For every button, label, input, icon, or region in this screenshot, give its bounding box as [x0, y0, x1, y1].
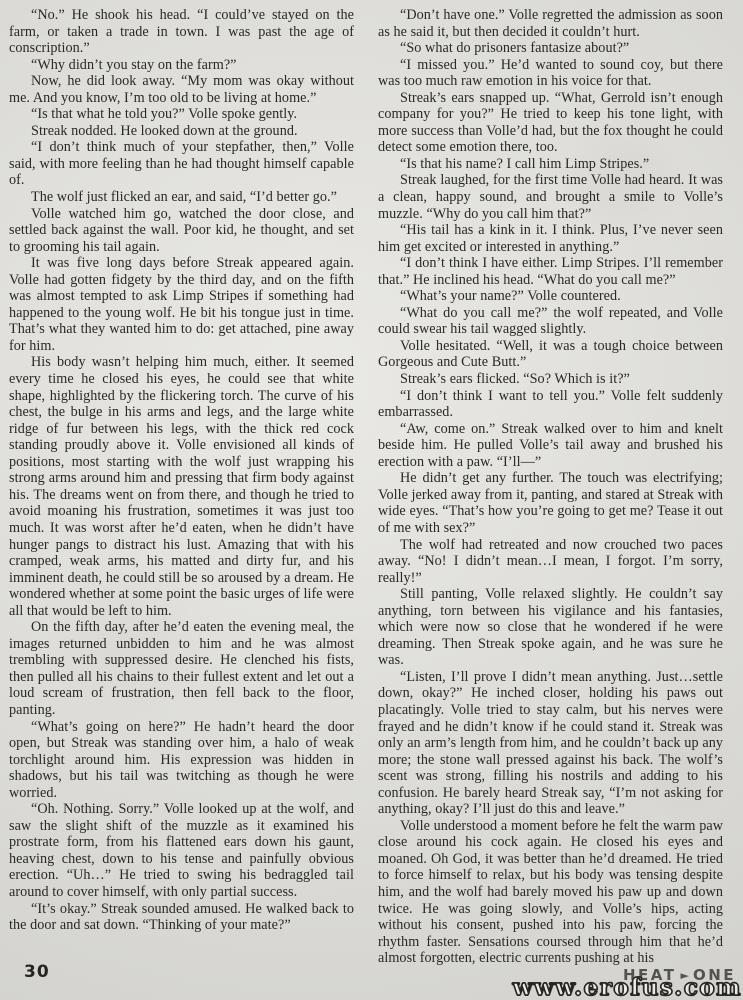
- text-column-left: “No.” He shook his head. “I could’ve sta…: [9, 7, 354, 934]
- paragraph: On the fifth day, after he’d eaten the e…: [9, 619, 354, 718]
- paragraph: “Oh. Nothing. Sorry.” Volle looked up at…: [9, 801, 354, 900]
- erofus-watermark: www.erofus.com: [513, 974, 742, 1000]
- paragraph: His body wasn’t helping him much, either…: [9, 354, 354, 619]
- paragraph: “His tail has a kink in it. I think. Plu…: [378, 222, 723, 255]
- paragraph: Still panting, Volle relaxed slightly. H…: [378, 586, 723, 669]
- paragraph: “I missed you.” He’d wanted to sound coy…: [378, 57, 723, 90]
- paragraph: “Listen, I’ll prove I didn’t mean anythi…: [378, 669, 723, 818]
- paragraph: “Aw, come on.” Streak walked over to him…: [378, 421, 723, 471]
- paragraph: “So what do prisoners fantasize about?”: [378, 40, 723, 57]
- paragraph: “What do you call me?” the wolf repeated…: [378, 305, 723, 338]
- paragraph: Streak laughed, for the first time Volle…: [378, 172, 723, 222]
- paragraph: Streak nodded. He looked down at the gro…: [9, 123, 354, 140]
- paragraph: “I don’t think I want to tell you.” Voll…: [378, 388, 723, 421]
- paragraph: “Is that what he told you?” Volle spoke …: [9, 106, 354, 123]
- paragraph: “I don’t think I have either. Limp Strip…: [378, 255, 723, 288]
- paragraph: Now, he did look away. “My mom was okay …: [9, 73, 354, 106]
- paragraph: He didn’t get any further. The touch was…: [378, 470, 723, 536]
- paragraph: Volle understood a moment before he felt…: [378, 818, 723, 967]
- paragraph: Streak’s ears flicked. “So? Which is it?…: [378, 371, 723, 388]
- paragraph: “It’s okay.” Streak sounded amused. He w…: [9, 901, 354, 934]
- text-column-right: “Don’t have one.” Volle regretted the ad…: [378, 7, 723, 967]
- paragraph: “Don’t have one.” Volle regretted the ad…: [378, 7, 723, 40]
- paragraph: The wolf just flicked an ear, and said, …: [9, 189, 354, 206]
- paragraph: It was five long days before Streak appe…: [9, 255, 354, 354]
- page-number: 30: [24, 962, 50, 982]
- paragraph: The wolf had retreated and now crouched …: [378, 537, 723, 587]
- paragraph: “What’s going on here?” He hadn’t heard …: [9, 719, 354, 802]
- paragraph: “Is that his name? I call him Limp Strip…: [378, 156, 723, 173]
- paragraph: Volle hesitated. “Well, it was a tough c…: [378, 338, 723, 371]
- paragraph: “Why didn’t you stay on the farm?”: [9, 57, 354, 74]
- scanned-book-page: “No.” He shook his head. “I could’ve sta…: [0, 0, 743, 1000]
- paragraph: Streak’s ears snapped up. “What, Gerrold…: [378, 90, 723, 156]
- paragraph: “I don’t think much of your stepfather, …: [9, 139, 354, 189]
- paragraph: “No.” He shook his head. “I could’ve sta…: [9, 7, 354, 57]
- paragraph: “What’s your name?” Volle countered.: [378, 288, 723, 305]
- paragraph: Volle watched him go, watched the door c…: [9, 206, 354, 256]
